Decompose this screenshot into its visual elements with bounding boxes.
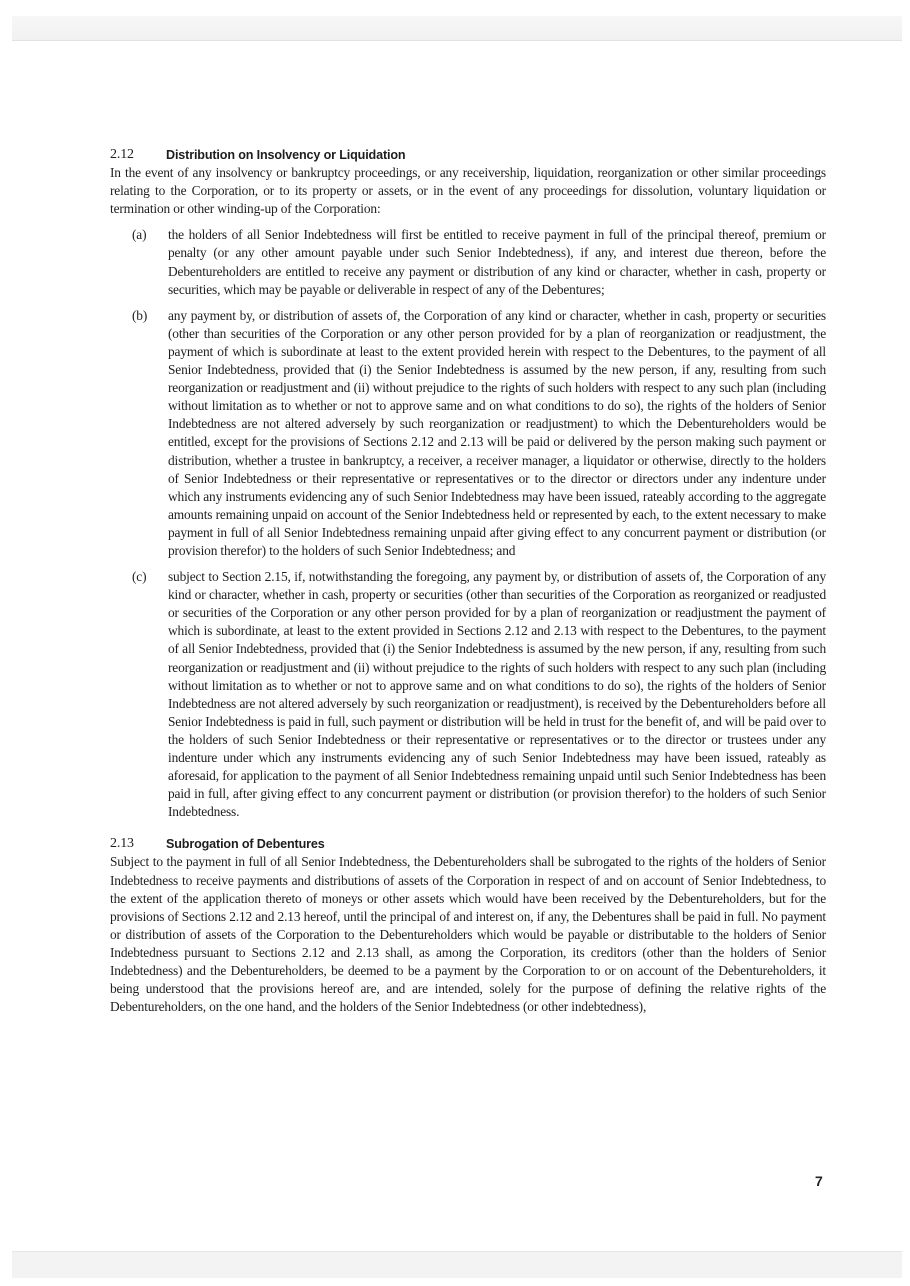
section-number: 2.13 — [110, 835, 166, 853]
clause-a: (a) the holders of all Senior Indebtedne… — [110, 226, 826, 298]
section-2-13: 2.13 Subrogation of Debentures Subject t… — [110, 835, 826, 1016]
scan-edge-top — [12, 16, 902, 41]
section-title: Distribution on Insolvency or Liquidatio… — [166, 146, 405, 164]
section-2-12: 2.12 Distribution on Insolvency or Liqui… — [110, 146, 826, 821]
clause-list: (a) the holders of all Senior Indebtedne… — [110, 226, 826, 821]
scan-edge-bottom — [12, 1251, 902, 1278]
clause-text: any payment by, or distribution of asset… — [168, 307, 826, 560]
section-heading: 2.13 Subrogation of Debentures — [110, 835, 826, 853]
clause-b: (b) any payment by, or distribution of a… — [110, 307, 826, 560]
section-title: Subrogation of Debentures — [166, 835, 325, 853]
clause-c: (c) subject to Section 2.15, if, notwith… — [110, 568, 826, 821]
section-number: 2.12 — [110, 146, 166, 164]
section-heading: 2.12 Distribution on Insolvency or Liqui… — [110, 146, 826, 164]
clause-text: subject to Section 2.15, if, notwithstan… — [168, 568, 826, 821]
clause-label: (b) — [110, 307, 168, 560]
clause-text: the holders of all Senior Indebtedness w… — [168, 226, 826, 298]
clause-label: (c) — [110, 568, 168, 821]
document-page: 2.12 Distribution on Insolvency or Liqui… — [110, 146, 826, 1016]
section-body: Subject to the payment in full of all Se… — [110, 853, 826, 1016]
section-intro: In the event of any insolvency or bankru… — [110, 164, 826, 218]
page-number: 7 — [815, 1173, 823, 1189]
clause-label: (a) — [110, 226, 168, 298]
